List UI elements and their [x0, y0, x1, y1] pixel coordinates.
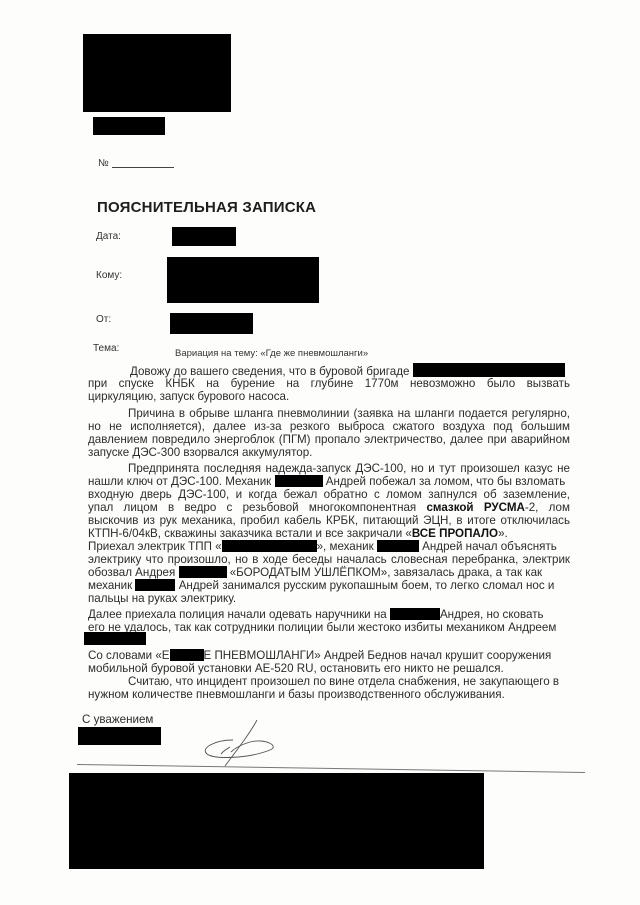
- body-line: циркуляцию, запуск бурового насоса.: [88, 390, 570, 403]
- body-line: КТПН-6/04кВ, скважины заказчика встали и…: [88, 527, 570, 540]
- body-line: нужном количестве пневмошланги и базы пр…: [88, 688, 570, 701]
- document-number: №: [98, 158, 174, 169]
- subject-label: Тема:: [93, 343, 119, 354]
- body-line: нашли ключ от ДЭС-100. Механик Андрей по…: [88, 475, 570, 488]
- redacted-surname: [377, 540, 419, 552]
- page-title: ПОЯСНИТЕЛЬНАЯ ЗАПИСКА: [97, 199, 316, 216]
- body-line: Приехал электрик ТПП «», механик Андрей …: [88, 540, 570, 553]
- subject-value: Вариация на тему: «Где же пневмошланги»: [175, 348, 368, 359]
- date-label: Дата:: [96, 231, 121, 242]
- footer-divider: [77, 764, 585, 773]
- redacted-signer-name: [78, 727, 161, 745]
- body-line: обозвал Андрея «БОРОДАТЫМ УШЛЁПКОМ», зав…: [88, 566, 570, 579]
- body-line: механик Андрей занимался русским рукопаш…: [88, 579, 570, 592]
- body-line: запуске ДЭС-300 взорвался аккумулятор.: [88, 446, 570, 459]
- redacted-footer-ext: [432, 773, 484, 863]
- from-label: От:: [96, 314, 111, 325]
- body-line: упал лицом в ведро с резьбовой многокомп…: [88, 501, 570, 514]
- closing-text: С уважением: [82, 713, 153, 726]
- redacted-surname: [135, 579, 175, 591]
- body-line: Причина в обрыве шланга пневмолинии (зая…: [88, 407, 570, 420]
- redacted-footer: [69, 773, 484, 869]
- body-line: входную дверь ДЭС-100, и когда бежал обр…: [88, 488, 570, 501]
- signature-icon: [195, 718, 285, 773]
- redacted-surname: [390, 608, 440, 620]
- body-line: Предпринята последняя надежда-запуск ДЭС…: [88, 462, 570, 475]
- body-line: электрику что произошло, но в ходе бесед…: [88, 553, 570, 566]
- body-line: его не удалось, так как сотрудники полиц…: [88, 621, 570, 634]
- redacted-surname: [179, 566, 227, 578]
- redacted-surname: [84, 632, 146, 645]
- body-line: но не исполняется), далее из-за резкого …: [88, 420, 570, 433]
- body-line: Далее приехала полиция начали одевать на…: [88, 608, 570, 621]
- body-line: при спуске КНБК на бурение на глубине 17…: [88, 377, 570, 390]
- number-label: №: [98, 158, 109, 169]
- redacted-footer-ext: [69, 860, 441, 869]
- body-line: Считаю, что инцидент произошел по вине о…: [88, 675, 570, 688]
- body-line: выскочив из рук механика, пробил кабель …: [88, 514, 570, 527]
- redacted-crew-name: [413, 363, 565, 377]
- number-blank-line: [112, 167, 174, 168]
- body-line: пальцы на руках электрику.: [88, 592, 570, 605]
- body-line: Со словами «ЕЕ ПНЕВМОШЛАНГИ» Андрей Бедн…: [88, 649, 570, 662]
- to-label: Кому:: [96, 270, 122, 281]
- redacted-header-line: [93, 117, 165, 135]
- redacted-recipient: [167, 257, 319, 303]
- redacted-letterhead: [83, 34, 231, 112]
- redacted-date: [172, 227, 236, 246]
- redacted-company: [222, 540, 317, 552]
- redacted-sender: [170, 313, 253, 334]
- body-line: давлением повредило энергоблок (ПГМ) про…: [88, 433, 570, 446]
- body-line: мобильной буровой установки АЕ-520 RU, о…: [88, 662, 570, 675]
- redacted-surname: [275, 475, 323, 487]
- body-line: Довожу до вашего сведения, что в буровой…: [88, 363, 612, 378]
- redacted-word: [170, 649, 204, 661]
